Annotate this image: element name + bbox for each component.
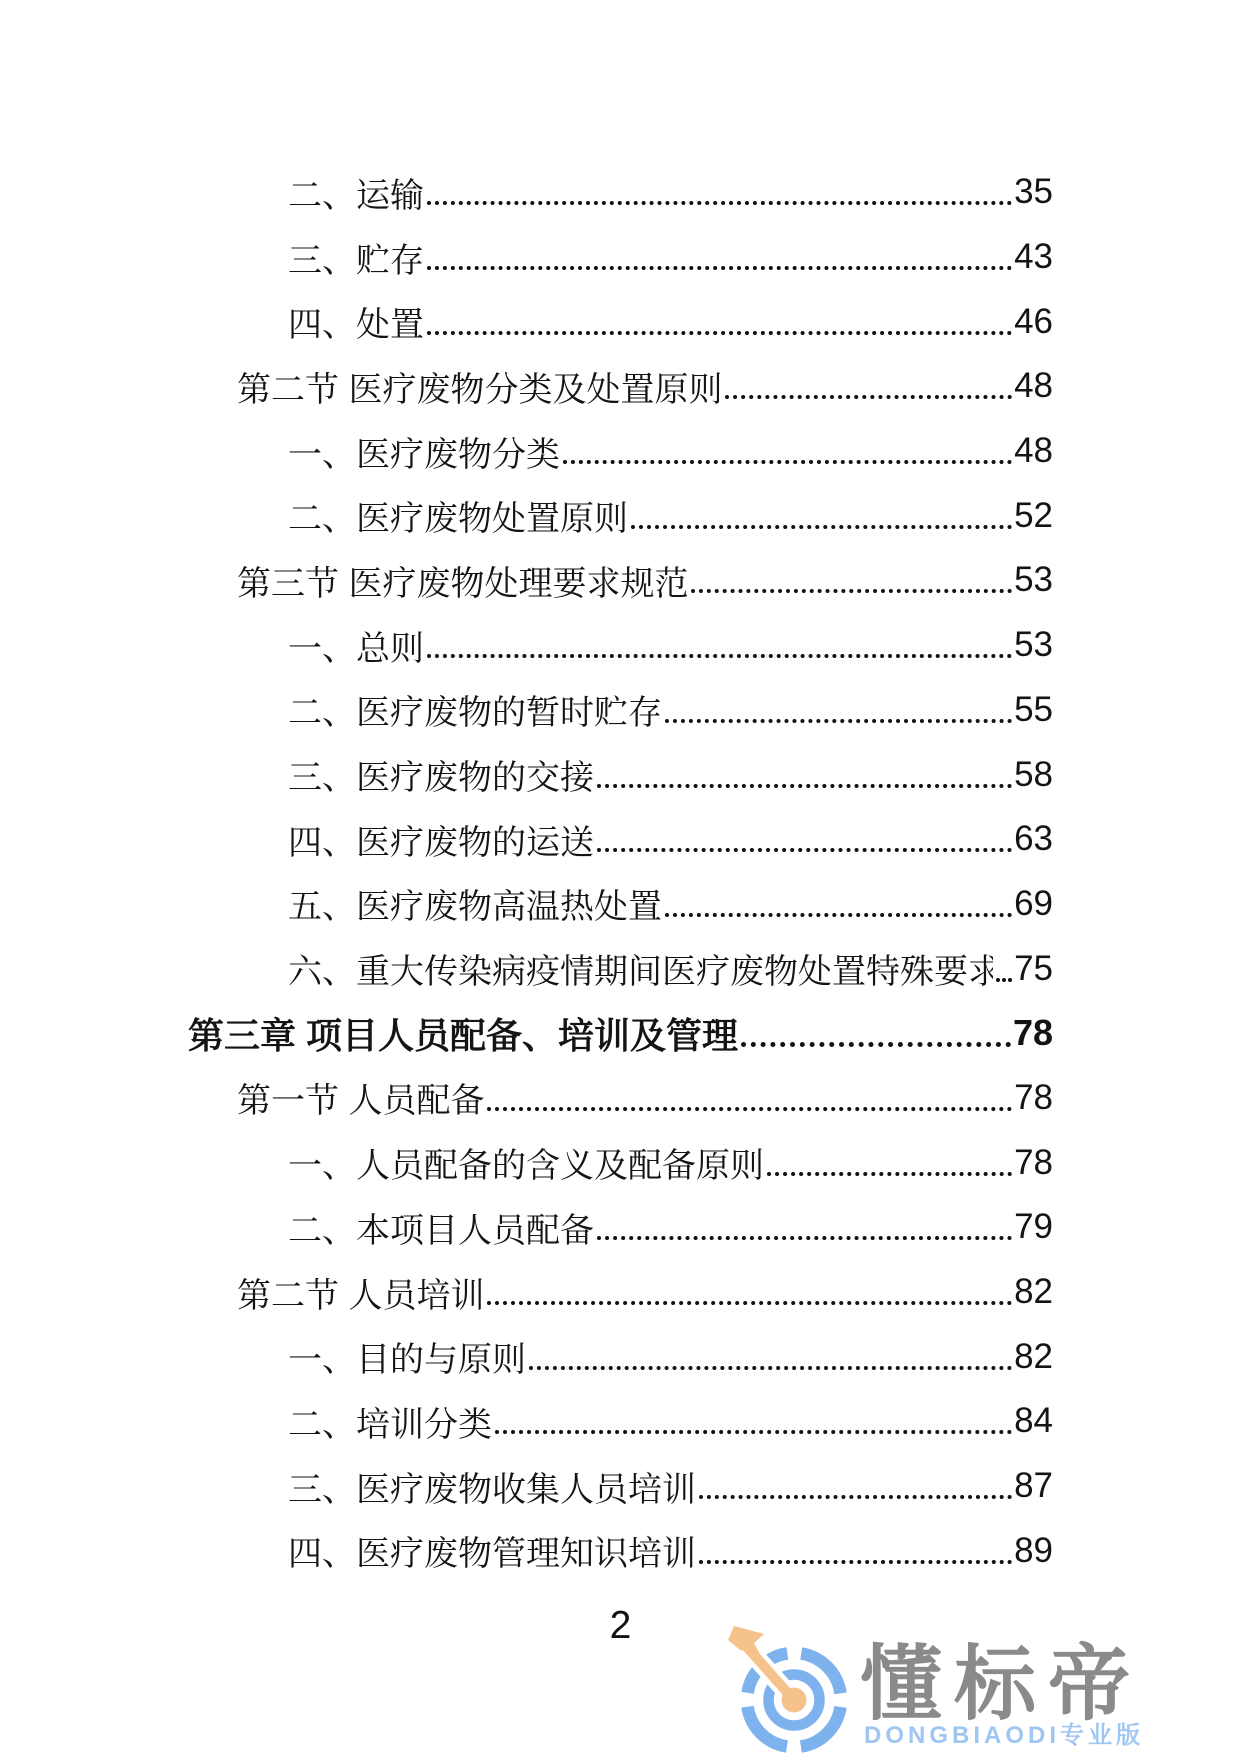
toc-entry-title: 二、运输 [288, 168, 424, 217]
toc-entry[interactable]: 一、人员配备的含义及配备原则 78 [188, 1130, 1053, 1195]
toc-entry-page-number: 87 [1014, 1466, 1053, 1506]
toc-entry[interactable]: 第三节 医疗废物处理要求规范 53 [188, 548, 1053, 613]
toc-entry-title: 第一节 人员配备 [237, 1073, 484, 1122]
toc-entry-page-number: 78 [1014, 1078, 1053, 1118]
toc-entry[interactable]: 四、处置 46 [188, 289, 1053, 354]
toc-entry-page-number: 53 [1014, 560, 1053, 600]
dot-leader [487, 1107, 1012, 1111]
toc-entry[interactable]: 一、目的与原则 82 [188, 1324, 1053, 1389]
toc-entry-title: 三、医疗废物收集人员培训 [288, 1462, 696, 1511]
toc-entry-title: 第三节 医疗废物处理要求规范 [237, 556, 688, 605]
dot-leader [529, 1366, 1012, 1370]
dot-leader [691, 589, 1012, 593]
toc-entry-title: 第三章 项目人员配备、培训及管理 [188, 1008, 738, 1059]
toc-entry[interactable]: 第一节 人员配备 78 [188, 1066, 1053, 1131]
toc-entry[interactable]: 第二节 医疗废物分类及处置原则 48 [188, 354, 1053, 419]
dot-leader [699, 1560, 1012, 1564]
toc-entry[interactable]: 五、医疗废物高温热处置 69 [188, 872, 1053, 937]
toc-entry[interactable]: 二、医疗废物处置原则 52 [188, 483, 1053, 548]
toc-entry[interactable]: 四、医疗废物管理知识培训 89 [188, 1518, 1053, 1583]
toc-entry-title: 四、医疗废物管理知识培训 [288, 1526, 696, 1575]
toc-entry-page-number: 63 [1014, 819, 1053, 859]
toc-entry-title: 二、本项目人员配备 [288, 1203, 594, 1252]
toc-entry[interactable]: 三、贮存 43 [188, 225, 1053, 290]
toc-entry[interactable]: 二、医疗废物的暂时贮存 55 [188, 678, 1053, 743]
dot-leader [427, 266, 1012, 270]
toc-entry-title: 五、医疗废物高温热处置 [288, 879, 662, 928]
toc-entry-title: 二、医疗废物的暂时贮存 [288, 685, 662, 734]
toc-entry[interactable]: 三、医疗废物收集人员培训 87 [188, 1454, 1053, 1519]
dot-leader [699, 1495, 1012, 1499]
dot-leader [597, 784, 1012, 788]
table-of-contents: 二、运输 35 三、贮存 43 四、处置 46 第二节 医疗废物分类及处置原则 … [188, 160, 1053, 1583]
toc-entry[interactable]: 二、运输 35 [188, 160, 1053, 225]
toc-entry-page-number: 43 [1014, 237, 1053, 277]
toc-entry-page-number: 78 [1014, 1143, 1053, 1183]
dot-leader [427, 331, 1012, 335]
toc-entry-title: 六、重大传染病疫情期间医疗废物处置特殊要求 [288, 944, 993, 993]
dot-leader [487, 1301, 1012, 1305]
toc-entry-page-number: 82 [1014, 1337, 1053, 1377]
toc-entry-title: 第二节 人员培训 [237, 1268, 484, 1317]
toc-entry-title: 二、培训分类 [288, 1397, 492, 1446]
toc-entry-title: 一、医疗废物分类 [288, 427, 560, 476]
toc-entry-title: 第二节 医疗废物分类及处置原则 [237, 362, 722, 411]
dot-leader [767, 1172, 1012, 1176]
dot-leader [495, 1430, 1012, 1434]
toc-entry-page-number: 46 [1014, 302, 1053, 342]
toc-entry[interactable]: 一、总则 53 [188, 613, 1053, 678]
dot-leader [597, 1236, 1012, 1240]
toc-entry-page-number: 35 [1014, 172, 1053, 212]
toc-entry-title: 一、总则 [288, 621, 424, 670]
toc-entry-page-number: 53 [1014, 625, 1053, 665]
toc-entry-page-number: 48 [1014, 431, 1053, 471]
dot-leader [427, 654, 1012, 658]
dot-leader [631, 525, 1012, 529]
toc-entry-page-number: 78 [1013, 1012, 1053, 1054]
target-arrow-icon [724, 1626, 852, 1754]
toc-entry[interactable]: 六、重大传染病疫情期间医疗废物处置特殊要求 75 [188, 936, 1053, 1001]
watermark-logo: 懂标帝 DONGBIAODI专业版 [700, 1626, 1241, 1754]
dot-leader [597, 848, 1012, 852]
toc-entry-title: 四、处置 [288, 297, 424, 346]
toc-entry-title: 三、医疗废物的交接 [288, 750, 594, 799]
toc-entry-title: 二、医疗废物处置原则 [288, 491, 628, 540]
dot-leader [665, 719, 1012, 723]
watermark-brand-text: 懂标帝 [860, 1644, 1142, 1726]
watermark-subtitle-text: DONGBIAODI专业版 [864, 1724, 1144, 1748]
toc-entry-page-number: 58 [1014, 755, 1053, 795]
dot-leader [996, 978, 1012, 982]
toc-entry-title: 三、贮存 [288, 233, 424, 282]
dot-leader [725, 395, 1012, 399]
toc-entry-page-number: 79 [1014, 1207, 1053, 1247]
dot-leader [427, 201, 1012, 205]
document-page: 二、运输 35 三、贮存 43 四、处置 46 第二节 医疗废物分类及处置原则 … [0, 0, 1241, 1754]
toc-entry-page-number: 75 [1014, 949, 1053, 989]
dot-leader [563, 460, 1012, 464]
dot-leader [741, 1042, 1011, 1047]
toc-entry-page-number: 69 [1014, 884, 1053, 924]
toc-entry[interactable]: 三、医疗废物的交接 58 [188, 742, 1053, 807]
toc-entry-page-number: 52 [1014, 496, 1053, 536]
toc-entry-page-number: 84 [1014, 1401, 1053, 1441]
toc-entry-title: 一、目的与原则 [288, 1332, 526, 1381]
toc-entry[interactable]: 第二节 人员培训 82 [188, 1260, 1053, 1325]
dot-leader [665, 913, 1012, 917]
toc-entry[interactable]: 二、本项目人员配备 79 [188, 1195, 1053, 1260]
toc-entry-page-number: 82 [1014, 1272, 1053, 1312]
toc-entry-page-number: 48 [1014, 366, 1053, 406]
toc-entry-page-number: 89 [1014, 1531, 1053, 1571]
toc-entry[interactable]: 四、医疗废物的运送 63 [188, 807, 1053, 872]
toc-entry-title: 四、医疗废物的运送 [288, 815, 594, 864]
toc-entry[interactable]: 第三章 项目人员配备、培训及管理 78 [188, 1001, 1053, 1066]
toc-entry[interactable]: 二、培训分类 84 [188, 1389, 1053, 1454]
toc-entry-page-number: 55 [1014, 690, 1053, 730]
toc-entry-title: 一、人员配备的含义及配备原则 [288, 1138, 764, 1187]
toc-entry[interactable]: 一、医疗废物分类 48 [188, 419, 1053, 484]
